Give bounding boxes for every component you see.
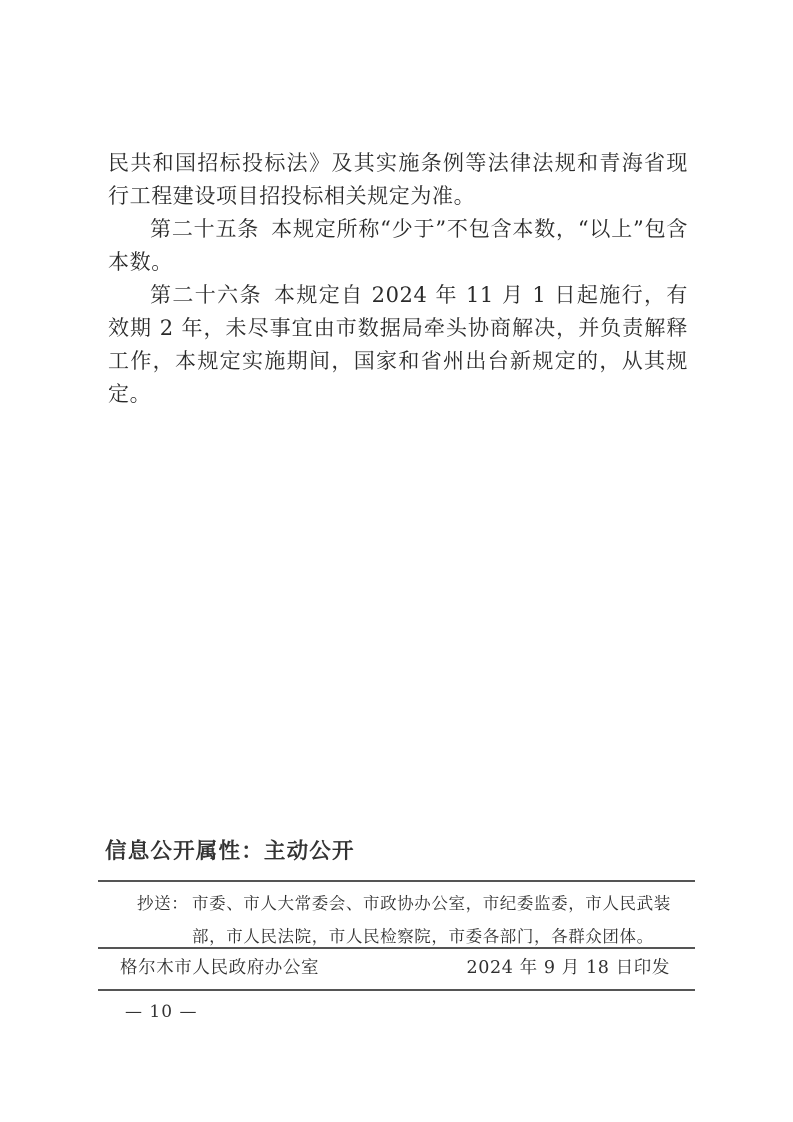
page-number: — 10 — <box>125 999 197 1025</box>
divider-top <box>98 880 695 882</box>
cc-content: 市委、市人大常委会、市政协办公室，市纪委监委，市人民武装部，市人民法院，市人民检… <box>192 887 682 953</box>
article-25: 第二十五条本规定所称“少于”不包含本数，“以上”包含本数。 <box>108 213 688 279</box>
cc-recipients: 抄送： 市委、市人大常委会、市政协办公室，市纪委监委，市人民武装部，市人民法院，… <box>137 887 682 953</box>
article-26: 第二十六条本规定自 2024 年 11 月 1 日起施行，有效期 2 年，未尽事… <box>108 279 688 411</box>
divider-middle <box>98 947 695 949</box>
article-label: 第二十五条 <box>150 217 259 241</box>
paragraph-continuation: 民共和国招标投标法》及其实施条例等法律法规和青海省现行工程建设项目招投标相关规定… <box>108 147 688 213</box>
document-page: 民共和国招标投标法》及其实施条例等法律法规和青海省现行工程建设项目招投标相关规定… <box>0 0 793 1122</box>
issue-date: 2024 年 9 月 18 日印发 <box>467 955 670 981</box>
document-body: 民共和国招标投标法》及其实施条例等法律法规和青海省现行工程建设项目招投标相关规定… <box>108 147 688 411</box>
paragraph-text: 民共和国招标投标法》及其实施条例等法律法规和青海省现行工程建设项目招投标相关规定… <box>108 151 688 208</box>
article-label: 第二十六条 <box>150 283 262 307</box>
cc-label: 抄送： <box>137 887 192 953</box>
issuer: 格尔木市人民政府办公室 <box>120 955 319 981</box>
divider-bottom <box>98 989 695 991</box>
disclosure-attribute: 信息公开属性：主动公开 <box>105 838 355 866</box>
issue-info: 格尔木市人民政府办公室 2024 年 9 月 18 日印发 <box>120 955 670 981</box>
